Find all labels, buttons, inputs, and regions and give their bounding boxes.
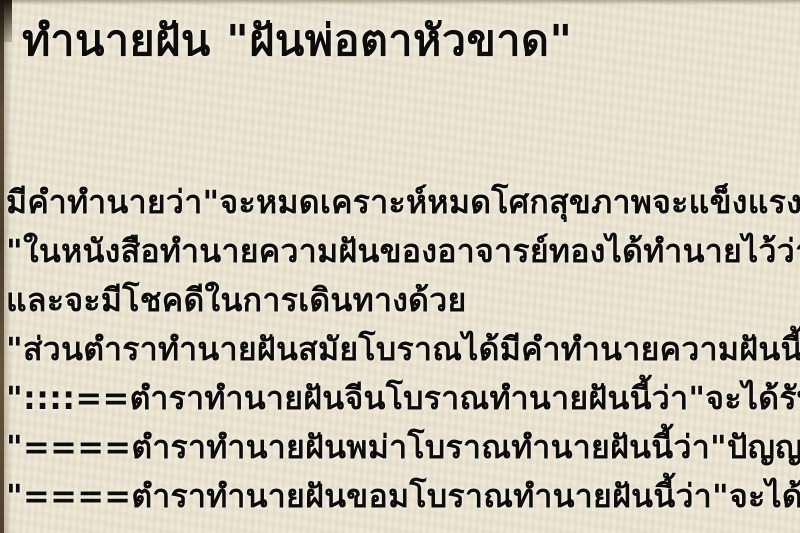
page-background: ทำนายฝัน "ฝันพ่อตาหัวขาด" มีคำทำนายว่า"จ… [0, 0, 800, 533]
dream-interpretation-text: มีคำทำนายว่า"จะหมดเคราะห์หมดโศกสุขภาพจะแ… [6, 178, 800, 521]
body-line: "::::==ตำราทำนายฝันจีนโบราณทำนายฝันนี้ว่… [6, 374, 800, 423]
top-left-corner-patch [0, 0, 12, 42]
body-line: "ในหนังสือทำนายความฝันของอาจารย์ทองได้ทำ… [6, 227, 800, 276]
body-line: มีคำทำนายว่า"จะหมดเคราะห์หมดโศกสุขภาพจะแ… [6, 178, 800, 227]
body-line: "====ตำราทำนายฝันขอมโบราณทำนายฝันนี้ว่า"… [6, 472, 800, 521]
page-title: ทำนายฝัน "ฝันพ่อตาหัวขาด" [22, 16, 792, 68]
body-line: และจะมีโชคดีในการเดินทางด้วย [6, 276, 800, 325]
body-line: "ส่วนตำราทำนายฝันสมัยโบราณได้มีคำทำนายคว… [6, 325, 800, 374]
body-line: "====ตำราทำนายฝันพม่าโบราณทำนายฝันนี้ว่า… [6, 423, 800, 472]
top-edge-shadow [0, 0, 800, 5]
